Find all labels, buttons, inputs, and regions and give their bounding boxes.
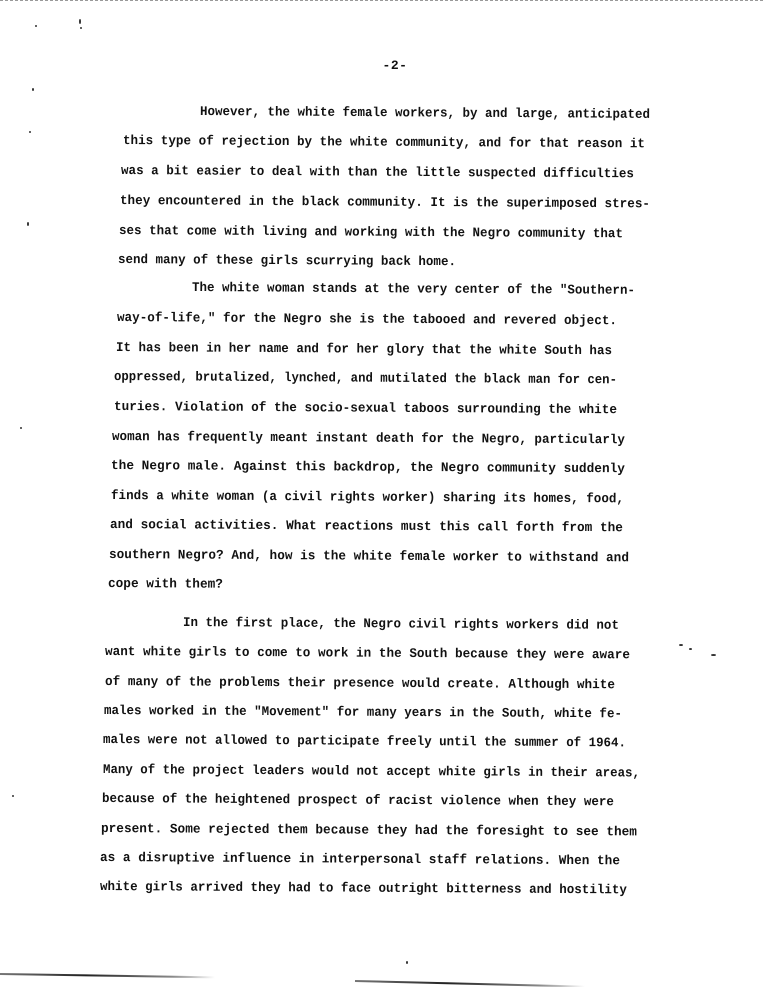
page-top-edge — [0, 0, 763, 1]
page-number: -2- — [0, 58, 763, 73]
text-line: In the first place, the Negro civil righ… — [183, 615, 619, 633]
text-line: ses that come with living and working wi… — [119, 223, 623, 241]
scan-speck — [689, 648, 692, 650]
text-line: cope with them? — [108, 576, 223, 592]
text-line: send many of these girls scurrying back … — [118, 252, 456, 269]
text-line: as a disruptive influence in interperson… — [100, 850, 620, 868]
scan-speck — [79, 19, 81, 24]
scan-speck — [12, 795, 14, 797]
text-line: males were not allowed to participate fr… — [103, 732, 626, 750]
scan-speck — [679, 644, 683, 646]
scan-speck — [29, 131, 31, 133]
text-line: the Negro male. Against this backdrop, t… — [111, 458, 625, 476]
text-line: they encountered in the black community.… — [120, 193, 650, 211]
text-line: white girls arrived they had to face out… — [100, 879, 627, 897]
text-line: way-of-life," for the Negro she is the t… — [117, 310, 617, 328]
scan-speck — [20, 427, 22, 429]
text-line: finds a white woman (a civil rights work… — [111, 488, 624, 506]
text-line: males worked in the "Movement" for many … — [104, 703, 622, 721]
scan-speck — [80, 27, 82, 29]
scan-speck — [32, 88, 34, 91]
text-line: because of the heightened prospect of ra… — [102, 791, 614, 809]
text-line: turies. Violation of the socio-sexual ta… — [114, 399, 617, 417]
text-line: want white girls to come to work in the … — [105, 644, 630, 662]
text-line: this type of rejection by the white comm… — [123, 133, 645, 151]
scan-speck — [711, 654, 716, 656]
scan-speck — [35, 25, 37, 27]
text-line: of many of the problems their presence w… — [105, 674, 615, 692]
scan-speck — [406, 961, 408, 964]
text-line: It has been in her name and for her glor… — [116, 340, 612, 358]
scan-speck — [27, 222, 29, 226]
text-line: present. Some rejected them because they… — [101, 821, 637, 839]
text-line: was a bit easier to deal with than the l… — [121, 163, 634, 181]
text-line: Many of the project leaders would not ac… — [103, 762, 640, 781]
scan-edge-line — [355, 980, 585, 987]
text-line: However, the white female workers, by an… — [200, 104, 650, 122]
text-line: oppressed, brutalized, lynched, and muti… — [114, 369, 617, 387]
text-line: woman has frequently meant instant death… — [112, 429, 625, 447]
text-line: southern Negro? And, how is the white fe… — [109, 547, 629, 565]
text-line: The white woman stands at the very cente… — [192, 280, 635, 298]
text-line: and social activities. What reactions mu… — [110, 517, 623, 535]
scan-edge-line — [0, 973, 215, 978]
